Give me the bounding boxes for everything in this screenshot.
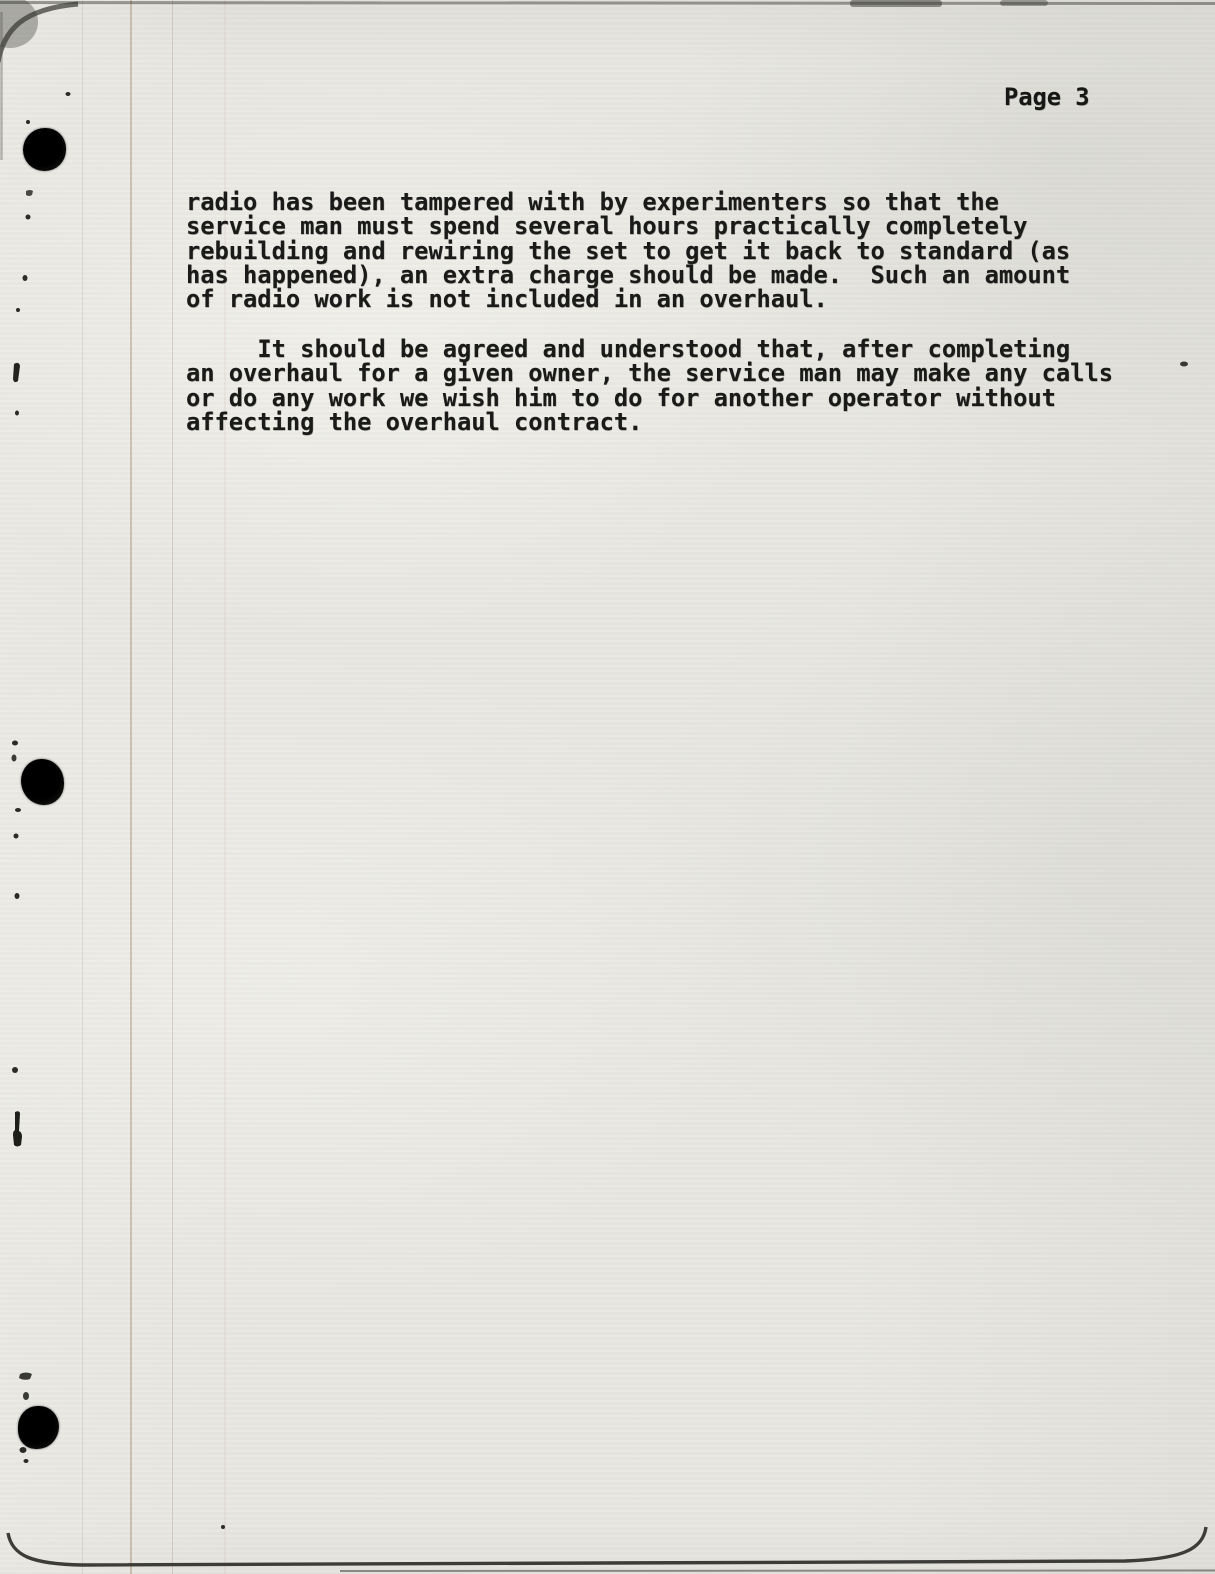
paragraph-overhaul-extra-charge: radio has been tampered with by experime… [186, 190, 1146, 311]
page-number: Page 3 [1004, 85, 1090, 109]
hole-punch-top [23, 128, 66, 171]
scanned-document-page: Page 3 radio has been tampered with by e… [0, 0, 1215, 1574]
hole-punch-bottom [18, 1406, 59, 1449]
page-edge-bottom [8, 1527, 1215, 1571]
typewritten-text: radio has been tampered with by experime… [186, 190, 1146, 434]
hole-punch-middle [21, 759, 64, 805]
paragraph-overhaul-agreement: It should be agreed and understood that,… [186, 337, 1146, 434]
page-edge-top [0, 0, 1215, 160]
